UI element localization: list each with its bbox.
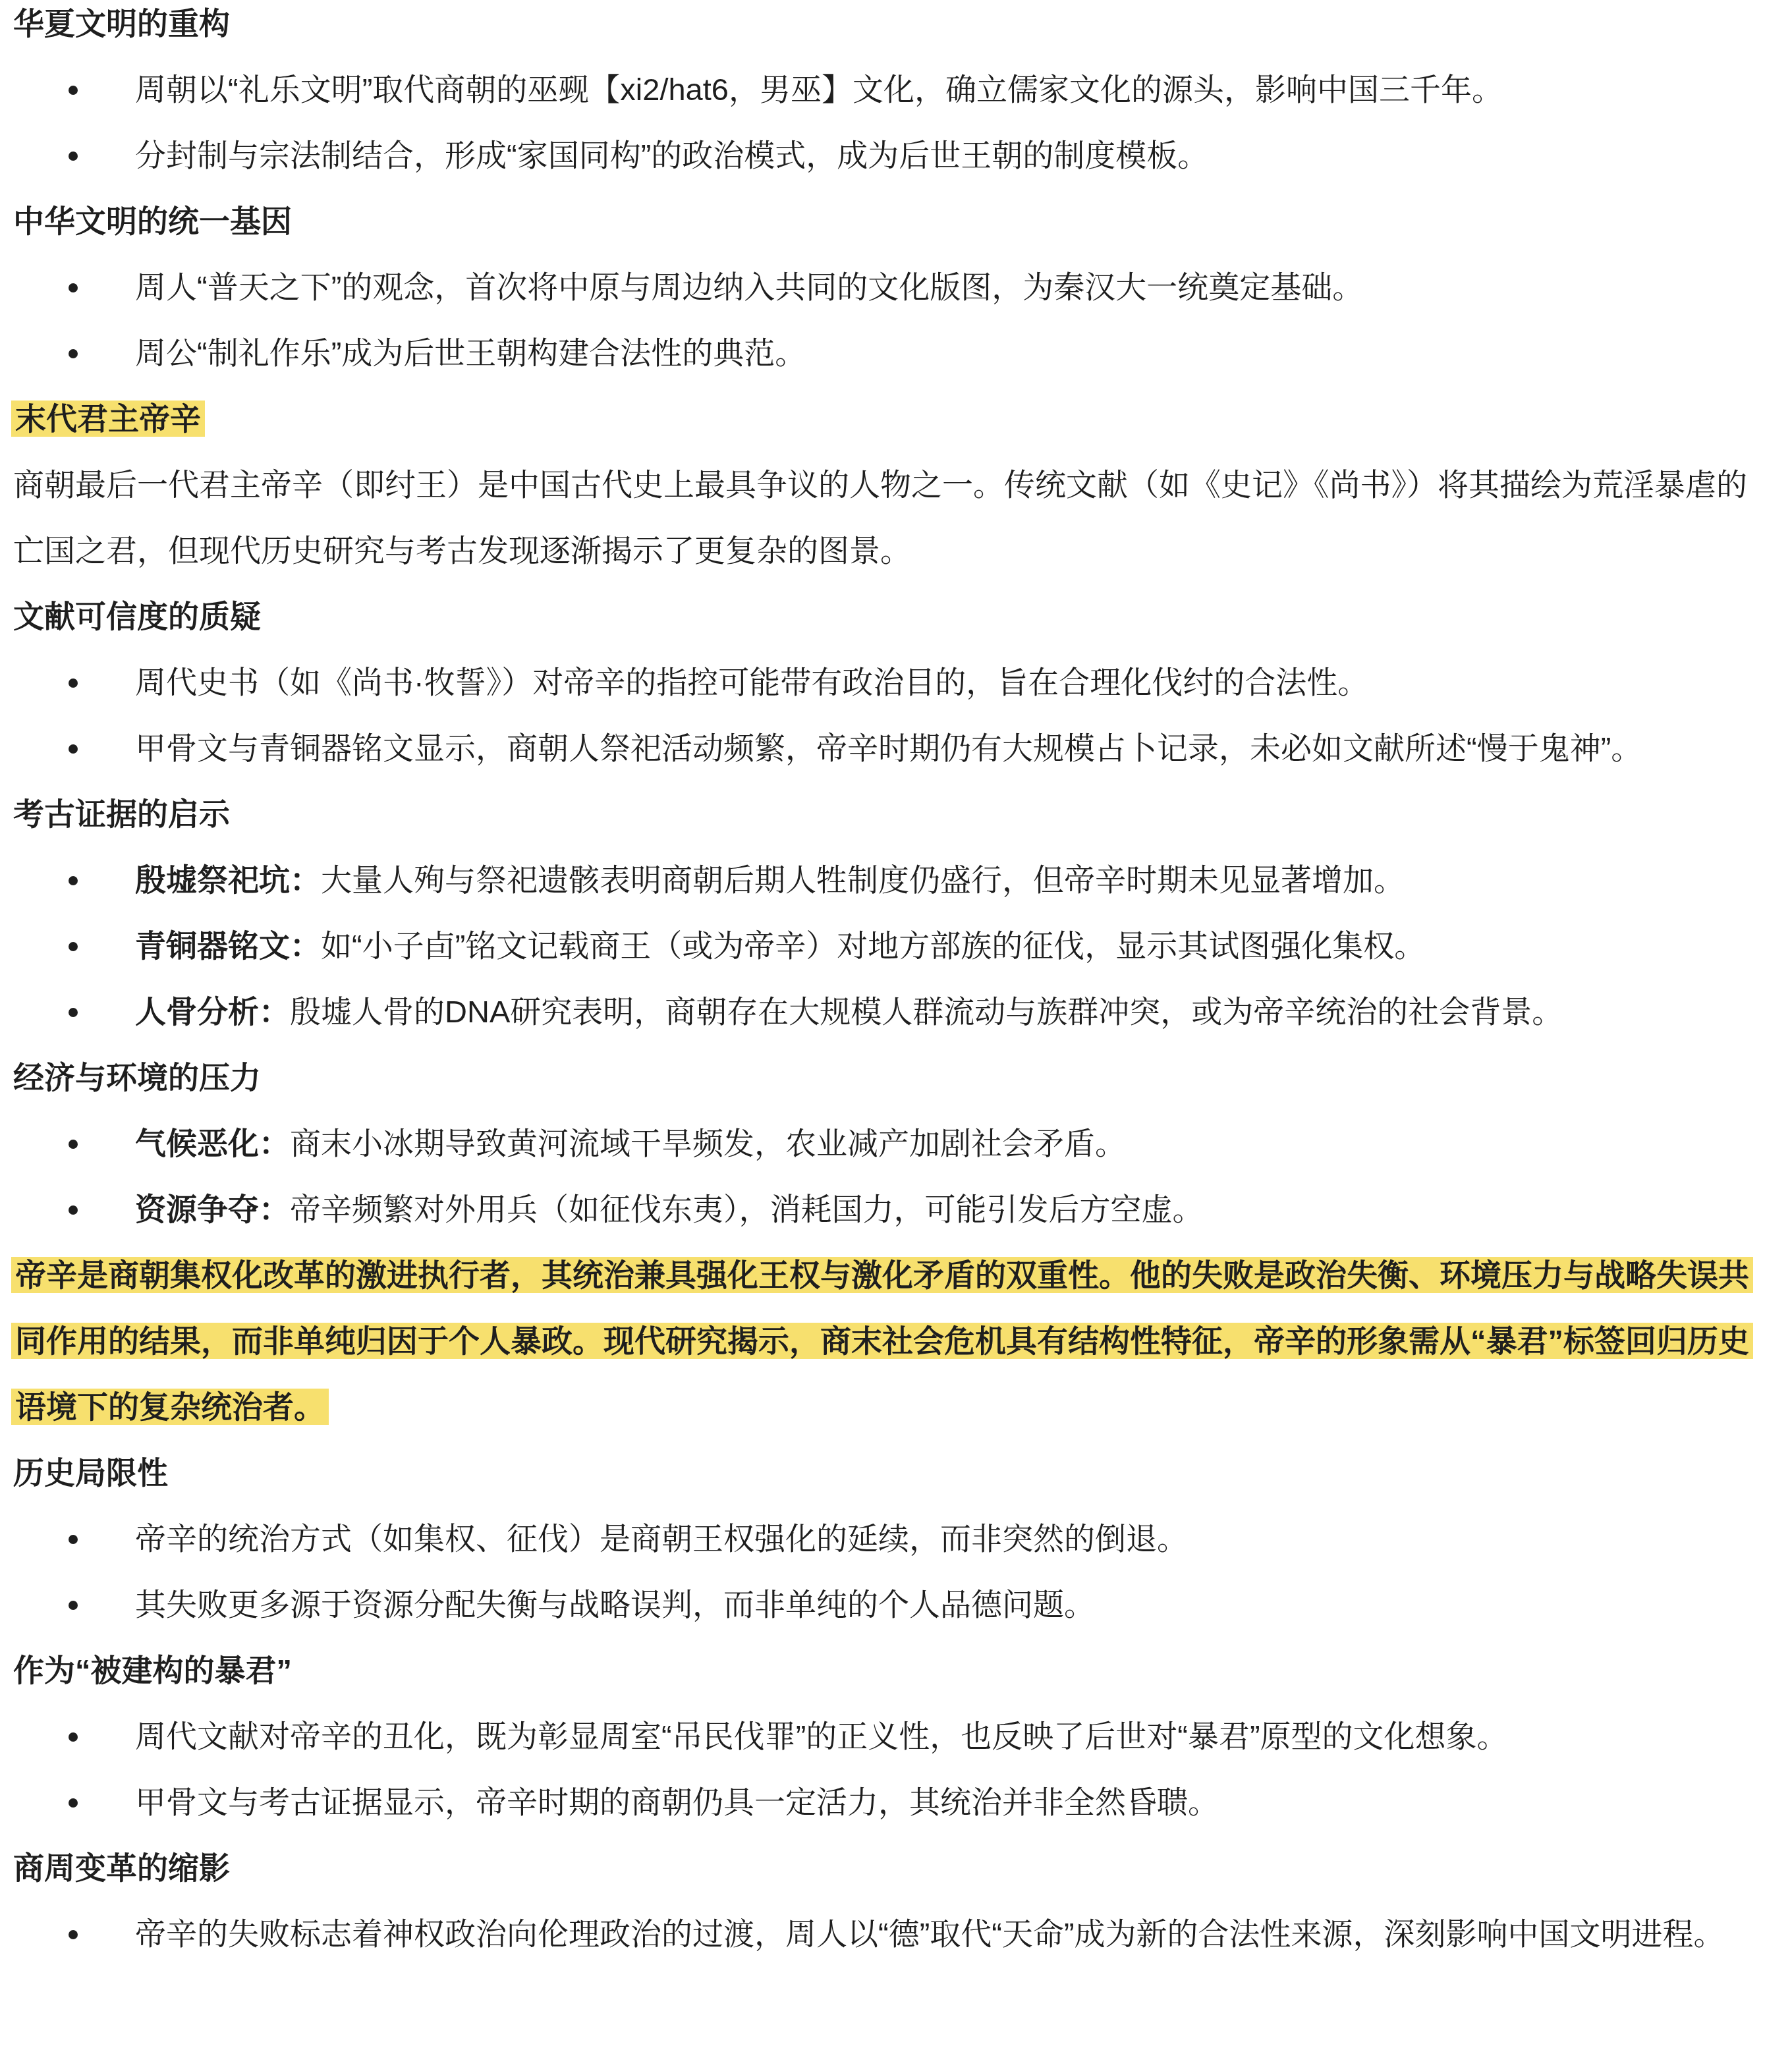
bullet-marker-icon — [69, 1601, 78, 1610]
section-heading: 考古证据的启示 — [13, 781, 1778, 847]
bullet-text: 大量人殉与祭祀遗骸表明商朝后期人牲制度仍盛行，但帝辛时期未见显著增加。 — [321, 862, 1405, 897]
bullet-marker-icon — [69, 942, 78, 951]
bullet-marker-icon — [69, 1798, 78, 1808]
bullet-text: 周朝以“礼乐文明”取代商朝的巫觋【xi2/hat6，男巫】文化，确立儒家文化的源… — [135, 72, 1503, 107]
bullet-text: 周人“普天之下”的观念，首次将中原与周边纳入共同的文化版图，为秦汉大一统奠定基础… — [135, 269, 1363, 304]
bullet-label: 人骨分析： — [135, 994, 290, 1029]
bullet-marker-icon — [69, 1535, 78, 1544]
bullet-text: 周公“制礼作乐”成为后世王朝构建合法性的典范。 — [135, 335, 806, 370]
paragraph: 帝辛是商朝集权化改革的激进执行者，其统治兼具强化王权与激化矛盾的双重性。他的失败… — [13, 1242, 1778, 1440]
bullet-text: 甲骨文与青铜器铭文显示，商朝人祭祀活动频繁，帝辛时期仍有大规模占卜记录，未必如文… — [135, 731, 1642, 765]
section-heading-text: 文献可信度的质疑 — [13, 599, 261, 634]
bullet-label: 青铜器铭文： — [135, 928, 321, 963]
bullet-label: 气候恶化： — [135, 1126, 290, 1161]
bullet-marker-icon — [69, 678, 78, 688]
bullet-text: 帝辛频繁对外用兵（如征伐东夷），消耗国力，可能引发后方空虚。 — [290, 1192, 1204, 1227]
section-heading-text: 历史局限性 — [13, 1455, 168, 1490]
bullet-item: 资源争夺：帝辛频繁对外用兵（如征伐东夷），消耗国力，可能引发后方空虚。 — [13, 1176, 1778, 1242]
bullet-marker-icon — [69, 86, 78, 95]
bullet-item: 周人“普天之下”的观念，首次将中原与周边纳入共同的文化版图，为秦汉大一统奠定基础… — [13, 254, 1778, 320]
bullet-item: 殷墟祭祀坑：大量人殉与祭祀遗骸表明商朝后期人牲制度仍盛行，但帝辛时期未见显著增加… — [13, 847, 1778, 913]
bullet-marker-icon — [69, 1732, 78, 1742]
bullet-text: 分封制与宗法制结合，形成“家国同构”的政治模式，成为后世王朝的制度模板。 — [135, 138, 1208, 173]
bullet-marker-icon — [69, 1140, 78, 1149]
bullet-marker-icon — [69, 283, 78, 292]
bullet-text: 殷墟人骨的DNA研究表明，商朝存在大规模人群流动与族群冲突，或为帝辛统治的社会背… — [290, 994, 1563, 1029]
bullet-marker-icon — [69, 152, 78, 161]
section-heading-text: 考古证据的启示 — [13, 796, 230, 831]
bullet-item: 周朝以“礼乐文明”取代商朝的巫觋【xi2/hat6，男巫】文化，确立儒家文化的源… — [13, 57, 1778, 123]
bullet-marker-icon — [69, 876, 78, 885]
section-heading-text: 中华文明的统一基因 — [13, 204, 292, 238]
section-heading-text: 华夏文明的重构 — [13, 6, 230, 41]
section-heading-text: 作为“被建构的暴君” — [13, 1653, 292, 1688]
document-body: 华夏文明的重构 周朝以“礼乐文明”取代商朝的巫觋【xi2/hat6，男巫】文化，… — [0, 0, 1792, 1967]
bullet-item: 帝辛的统治方式（如集权、征伐）是商朝王权强化的延续，而非突然的倒退。 — [13, 1506, 1778, 1572]
bullet-item: 人骨分析：殷墟人骨的DNA研究表明，商朝存在大规模人群流动与族群冲突，或为帝辛统… — [13, 979, 1778, 1045]
section-heading: 末代君主帝辛 — [13, 386, 1778, 452]
section-heading: 文献可信度的质疑 — [13, 584, 1778, 650]
bullet-text: 其失败更多源于资源分配失衡与战略误判，而非单纯的个人品德问题。 — [135, 1587, 1095, 1622]
bullet-label: 殷墟祭祀坑： — [135, 862, 321, 897]
paragraph: 商朝最后一代君主帝辛（即纣王）是中国古代史上最具争议的人物之一。传统文献（如《史… — [13, 452, 1778, 584]
bullet-item: 周公“制礼作乐”成为后世王朝构建合法性的典范。 — [13, 320, 1778, 386]
paragraph-text: 帝辛是商朝集权化改革的激进执行者，其统治兼具强化王权与激化矛盾的双重性。他的失败… — [11, 1257, 1753, 1425]
bullet-item: 气候恶化：商末小冰期导致黄河流域干旱频发，农业减产加剧社会矛盾。 — [13, 1111, 1778, 1176]
bullet-text: 周代文献对帝辛的丑化，既为彰显周室“吊民伐罪”的正义性，也反映了后世对“暴君”原… — [135, 1719, 1508, 1754]
bullet-text: 如“小子卣”铭文记载商王（或为帝辛）对地方部族的征伐，显示其试图强化集权。 — [321, 928, 1425, 963]
section-heading-text: 经济与环境的压力 — [13, 1060, 261, 1095]
bullet-marker-icon — [69, 744, 78, 754]
section-heading-text: 商周变革的缩影 — [13, 1850, 230, 1885]
bullet-marker-icon — [69, 1930, 78, 1939]
bullet-item: 青铜器铭文：如“小子卣”铭文记载商王（或为帝辛）对地方部族的征伐，显示其试图强化… — [13, 913, 1778, 979]
bullet-text: 帝辛的统治方式（如集权、征伐）是商朝王权强化的延续，而非突然的倒退。 — [135, 1521, 1188, 1556]
bullet-item: 周代文献对帝辛的丑化，既为彰显周室“吊民伐罪”的正义性，也反映了后世对“暴君”原… — [13, 1703, 1778, 1769]
bullet-item: 其失败更多源于资源分配失衡与战略误判，而非单纯的个人品德问题。 — [13, 1572, 1778, 1638]
bullet-label: 资源争夺： — [135, 1192, 290, 1227]
bullet-text: 甲骨文与考古证据显示，帝辛时期的商朝仍具一定活力，其统治并非全然昏聩。 — [135, 1784, 1219, 1819]
section-heading: 华夏文明的重构 — [13, 0, 1778, 57]
section-heading-text: 末代君主帝辛 — [11, 401, 205, 437]
bullet-item: 帝辛的失败标志着神权政治向伦理政治的过渡，周人以“德”取代“天命”成为新的合法性… — [13, 1901, 1778, 1967]
bullet-item: 甲骨文与青铜器铭文显示，商朝人祭祀活动频繁，帝辛时期仍有大规模占卜记录，未必如文… — [13, 715, 1778, 781]
section-heading: 中华文明的统一基因 — [13, 188, 1778, 254]
bullet-text: 商末小冰期导致黄河流域干旱频发，农业减产加剧社会矛盾。 — [290, 1126, 1126, 1161]
bullet-text: 周代史书（如《尚书·牧誓》）对帝辛的指控可能带有政治目的，旨在合理化伐纣的合法性… — [135, 665, 1368, 700]
paragraph-text: 商朝最后一代君主帝辛（即纣王）是中国古代史上最具争议的人物之一。传统文献（如《史… — [13, 467, 1747, 568]
bullet-item: 甲骨文与考古证据显示，帝辛时期的商朝仍具一定活力，其统治并非全然昏聩。 — [13, 1769, 1778, 1835]
bullet-marker-icon — [69, 1008, 78, 1017]
section-heading: 历史局限性 — [13, 1440, 1778, 1506]
bullet-marker-icon — [69, 349, 78, 358]
bullet-item: 周代史书（如《尚书·牧誓》）对帝辛的指控可能带有政治目的，旨在合理化伐纣的合法性… — [13, 650, 1778, 715]
bullet-item: 分封制与宗法制结合，形成“家国同构”的政治模式，成为后世王朝的制度模板。 — [13, 123, 1778, 188]
section-heading: 作为“被建构的暴君” — [13, 1638, 1778, 1703]
section-heading: 经济与环境的压力 — [13, 1045, 1778, 1111]
section-heading: 商周变革的缩影 — [13, 1835, 1778, 1901]
bullet-marker-icon — [69, 1205, 78, 1215]
bullet-text: 帝辛的失败标志着神权政治向伦理政治的过渡，周人以“德”取代“天命”成为新的合法性… — [135, 1916, 1725, 1951]
